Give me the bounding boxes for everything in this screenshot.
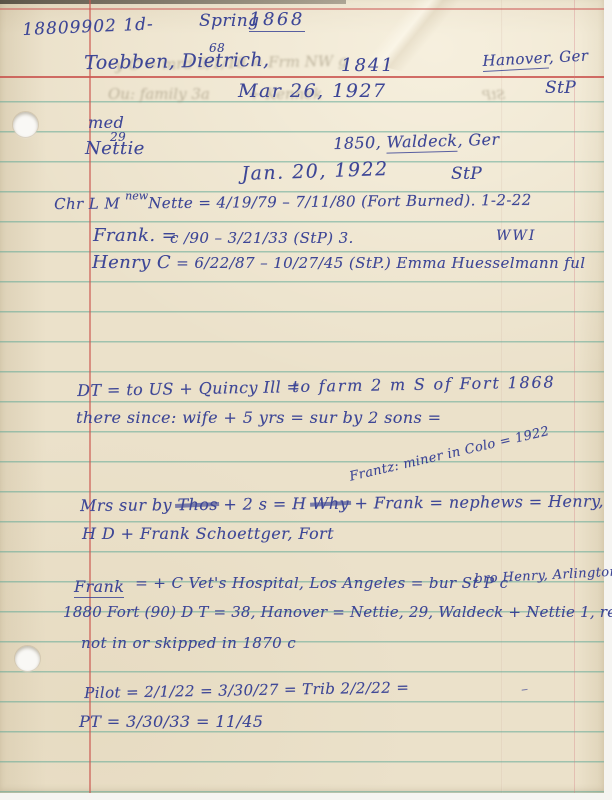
child-spouse: Emma Huesselmann ful xyxy=(396,254,585,272)
birth-place-country: , Ger xyxy=(548,46,588,66)
wife-name: Nettie xyxy=(85,138,145,159)
immigration-route: DT = to US + Quincy Ill = xyxy=(77,377,301,400)
child-dates: = 6/22/87 – 10/27/45 (StP.) xyxy=(171,254,396,272)
child-dates-frank: c /90 – 3/21/33 (StP) 3. xyxy=(170,229,354,247)
wife-birth-year: 1850, xyxy=(333,133,387,153)
husband-death-date: Mar 26, 1927 xyxy=(238,80,387,102)
wife-birth-city: Waldeck xyxy=(386,131,457,154)
child-name-frank: Frank. = xyxy=(93,225,177,246)
husband-birth-year: 1841 xyxy=(341,55,395,76)
census-1880-line: 1880 Fort (90) D T = 38, Hanover = Netti… xyxy=(63,603,612,621)
children-label: Chr L M xyxy=(54,194,125,213)
world-war-one-note: WWI xyxy=(496,228,536,244)
birth-place-city: Hanover xyxy=(482,49,549,72)
struck-out-word: Why xyxy=(312,494,349,513)
husband-name: Toebben, Dietrich, xyxy=(84,49,270,74)
residence-note: there since: wife + 5 yrs = sur by 2 son… xyxy=(76,408,441,427)
arrival-year-underlined: 1868 xyxy=(249,9,305,32)
child-line-henry: Henry C = 6/22/87 – 10/27/45 (StP.) Emma… xyxy=(92,252,585,273)
child-superscript-note: new xyxy=(125,189,148,202)
census-1870-note: not in or skipped in 1870 c xyxy=(81,634,296,652)
punch-hole-bottom xyxy=(15,646,40,671)
frank-name-underlined: Frank xyxy=(74,577,124,598)
survivors-text: + 2 s = H xyxy=(218,494,312,514)
struck-out-word: Thos xyxy=(177,495,218,514)
faint-right-margin-line xyxy=(574,0,575,793)
scan-top-edge xyxy=(0,0,346,4)
frank-death-info: = + C Vet's Hospital, Los Angeles = bur … xyxy=(130,574,508,592)
survivors-text: Mrs sur by xyxy=(80,495,178,515)
wife-cemetery: StP xyxy=(451,164,482,184)
punch-hole-top xyxy=(13,112,38,137)
survivors-text: + Frank = nephews = Henry, xyxy=(349,491,604,512)
child-name: Nette xyxy=(148,194,193,212)
child-dates: = 4/19/79 – 7/11/80 (Fort Burned). 1-2-2… xyxy=(193,191,532,212)
child-name: Henry C xyxy=(92,252,171,273)
newspaper-sources-line2: PT = 3/30/33 = 11/45 xyxy=(79,712,263,731)
scanned-note-page: y C = mrd 3/1/18 = Frm NW g Ou: family 3… xyxy=(0,0,612,800)
husband-cemetery: StP xyxy=(545,78,576,98)
ink-bleed-through-mirrored: StP xyxy=(482,88,505,104)
nephews-names: H D + Frank Schoettger, Fort xyxy=(82,524,334,543)
wife-birth-country: , Ger xyxy=(457,130,500,150)
